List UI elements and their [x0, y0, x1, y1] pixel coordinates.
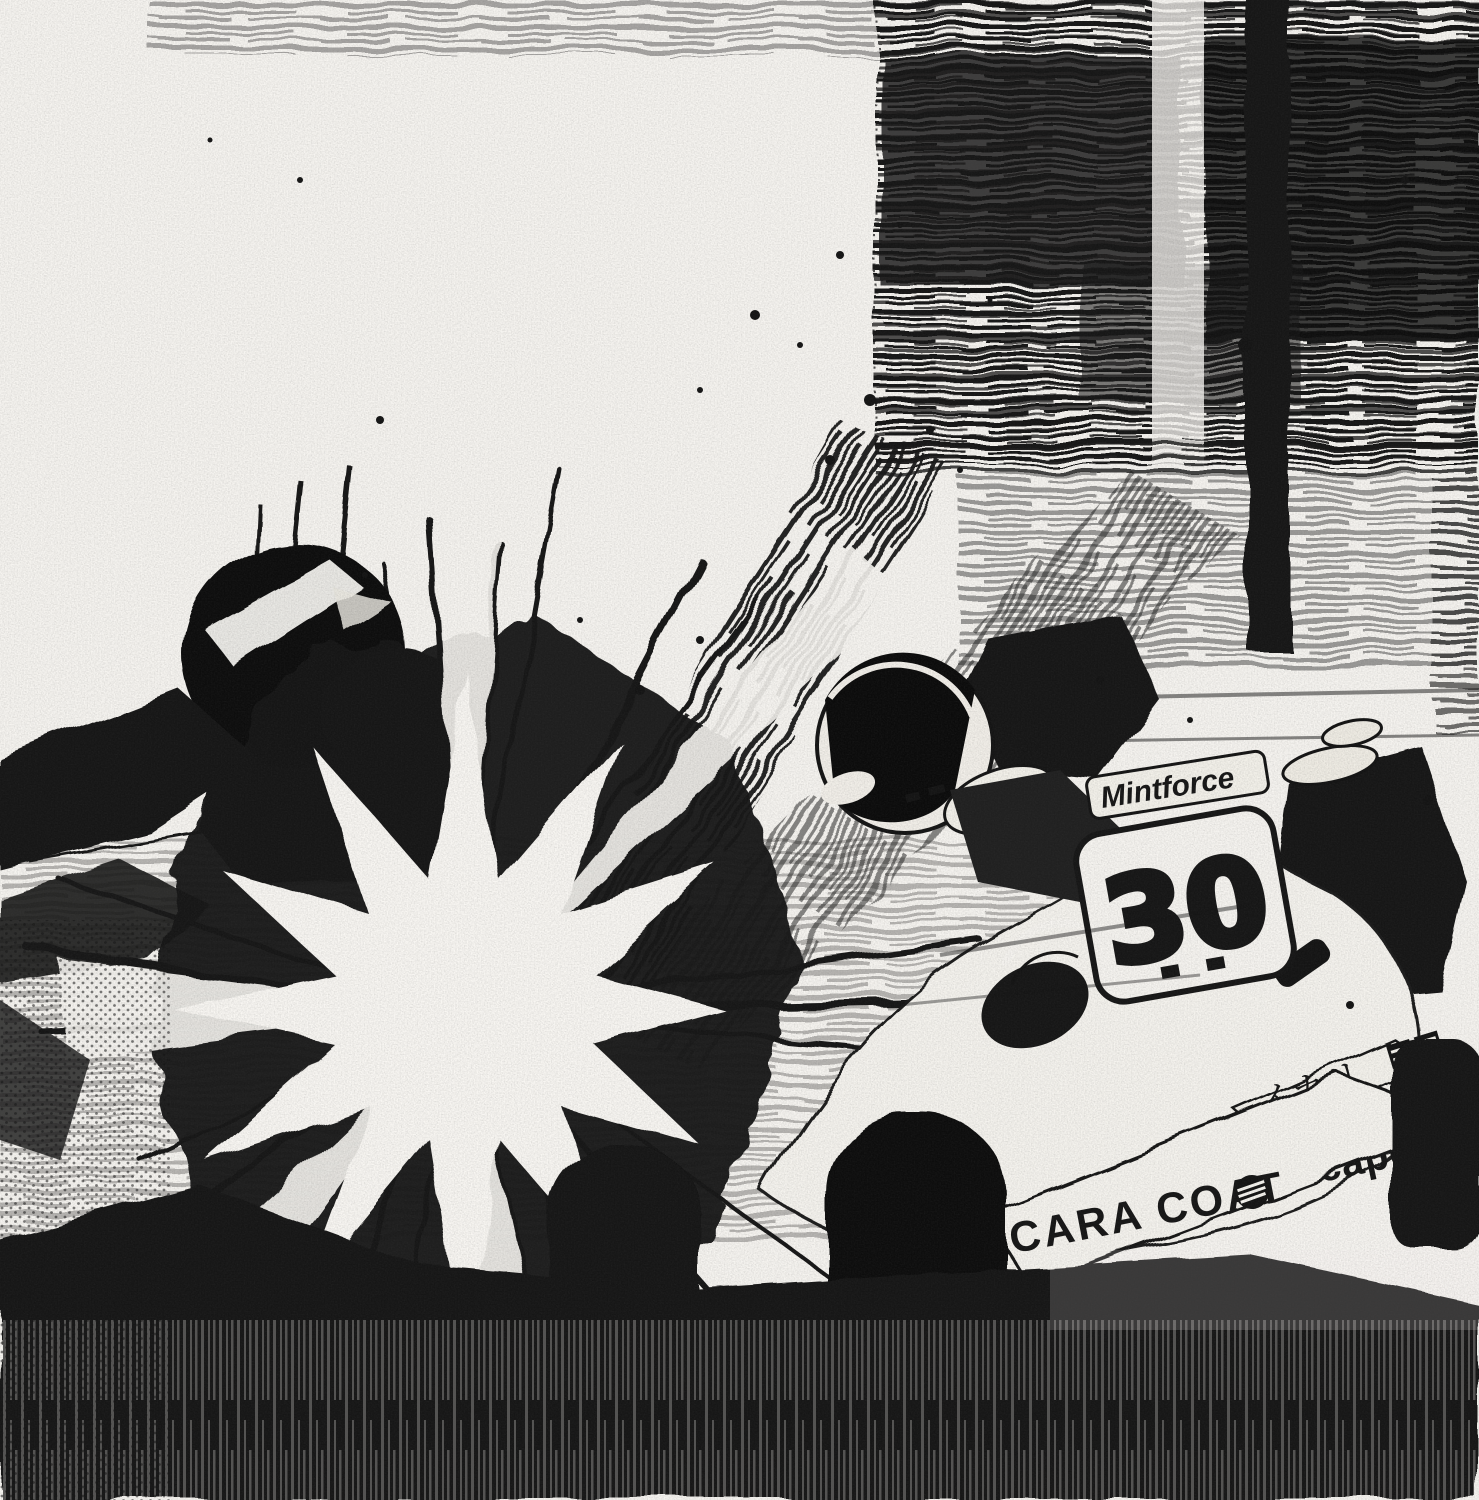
- print-grain: [0, 0, 1479, 1500]
- manga-panel: 30 Mintforce イカリ capeta CARA COAT: [0, 0, 1479, 1500]
- manga-panel-canvas: 30 Mintforce イカリ capeta CARA COAT: [0, 0, 1479, 1500]
